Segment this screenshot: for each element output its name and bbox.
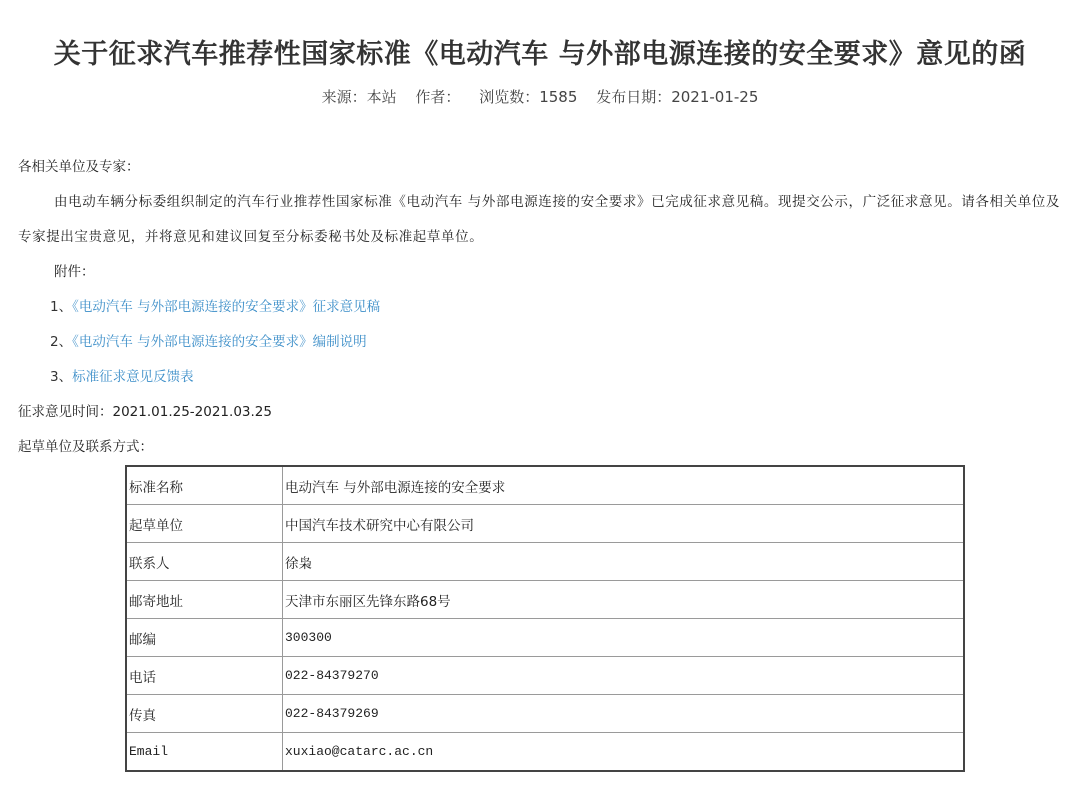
table-key: 邮寄地址 [126,581,283,619]
table-row: Email xuxiao@catarc.ac.cn [126,733,964,772]
article-title: 关于征求汽车推荐性国家标准《电动汽车 与外部电源连接的安全要求》意见的函 [0,32,1080,71]
attachments-label: 附件： [18,255,1068,290]
body-paragraph: 由电动车辆分标委组织制定的汽车行业推荐性国家标准《电动汽车 与外部电源连接的安全… [18,185,1068,255]
source-label: 来源：本站 [322,88,397,106]
contact-heading: 起草单位及联系方式： [18,430,1068,465]
table-key: 标准名称 [126,466,283,505]
table-key: 邮编 [126,619,283,657]
table-value: 中国汽车技术研究中心有限公司 [283,505,965,543]
table-key: Email [126,733,283,772]
author-label: 作者： [415,88,460,106]
attachment-link-explanation[interactable]: 《电动汽车 与外部电源连接的安全要求》编制说明 [72,334,367,350]
table-row: 邮寄地址 天津市东丽区先锋东路68号 [126,581,964,619]
table-value: 徐枭 [283,543,965,581]
table-row: 邮编 300300 [126,619,964,657]
table-value: 300300 [283,619,965,657]
article-body: 各相关单位及专家： 由电动车辆分标委组织制定的汽车行业推荐性国家标准《电动汽车 … [18,150,1068,465]
contact-table: 标准名称 电动汽车 与外部电源连接的安全要求 起草单位 中国汽车技术研究中心有限… [125,465,965,772]
table-key: 联系人 [126,543,283,581]
attachment-number: 1、 [50,299,72,315]
comment-period: 征求意见时间：2021.01.25-2021.03.25 [18,395,1068,430]
table-key: 传真 [126,695,283,733]
table-row: 标准名称 电动汽车 与外部电源连接的安全要求 [126,466,964,505]
table-value: 电动汽车 与外部电源连接的安全要求 [283,466,965,505]
table-value: 022-84379270 [283,657,965,695]
article-meta: 来源：本站 作者： 浏览数：1585 发布日期：2021-01-25 [0,86,1080,107]
attachment-number: 2、 [50,334,72,350]
email-value[interactable]: xuxiao@catarc.ac.cn [283,733,965,772]
table-row: 电话 022-84379270 [126,657,964,695]
views-label: 浏览数：1585 [479,88,577,106]
attachment-item-3: 3、标准征求意见反馈表 [18,360,1068,395]
attachment-item-2: 2、《电动汽车 与外部电源连接的安全要求》编制说明 [18,325,1068,360]
table-row: 传真 022-84379269 [126,695,964,733]
table-row: 联系人 徐枭 [126,543,964,581]
table-key: 起草单位 [126,505,283,543]
attachment-link-feedback-form[interactable]: 标准征求意见反馈表 [72,369,194,385]
publish-date-label: 发布日期：2021-01-25 [596,88,758,106]
table-row: 起草单位 中国汽车技术研究中心有限公司 [126,505,964,543]
attachment-link-draft[interactable]: 《电动汽车 与外部电源连接的安全要求》征求意见稿 [72,299,380,315]
table-key: 电话 [126,657,283,695]
attachment-number: 3、 [50,369,72,385]
table-value: 022-84379269 [283,695,965,733]
table-value: 天津市东丽区先锋东路68号 [283,581,965,619]
attachment-item-1: 1、《电动汽车 与外部电源连接的安全要求》征求意见稿 [18,290,1068,325]
salutation: 各相关单位及专家： [18,150,1068,185]
